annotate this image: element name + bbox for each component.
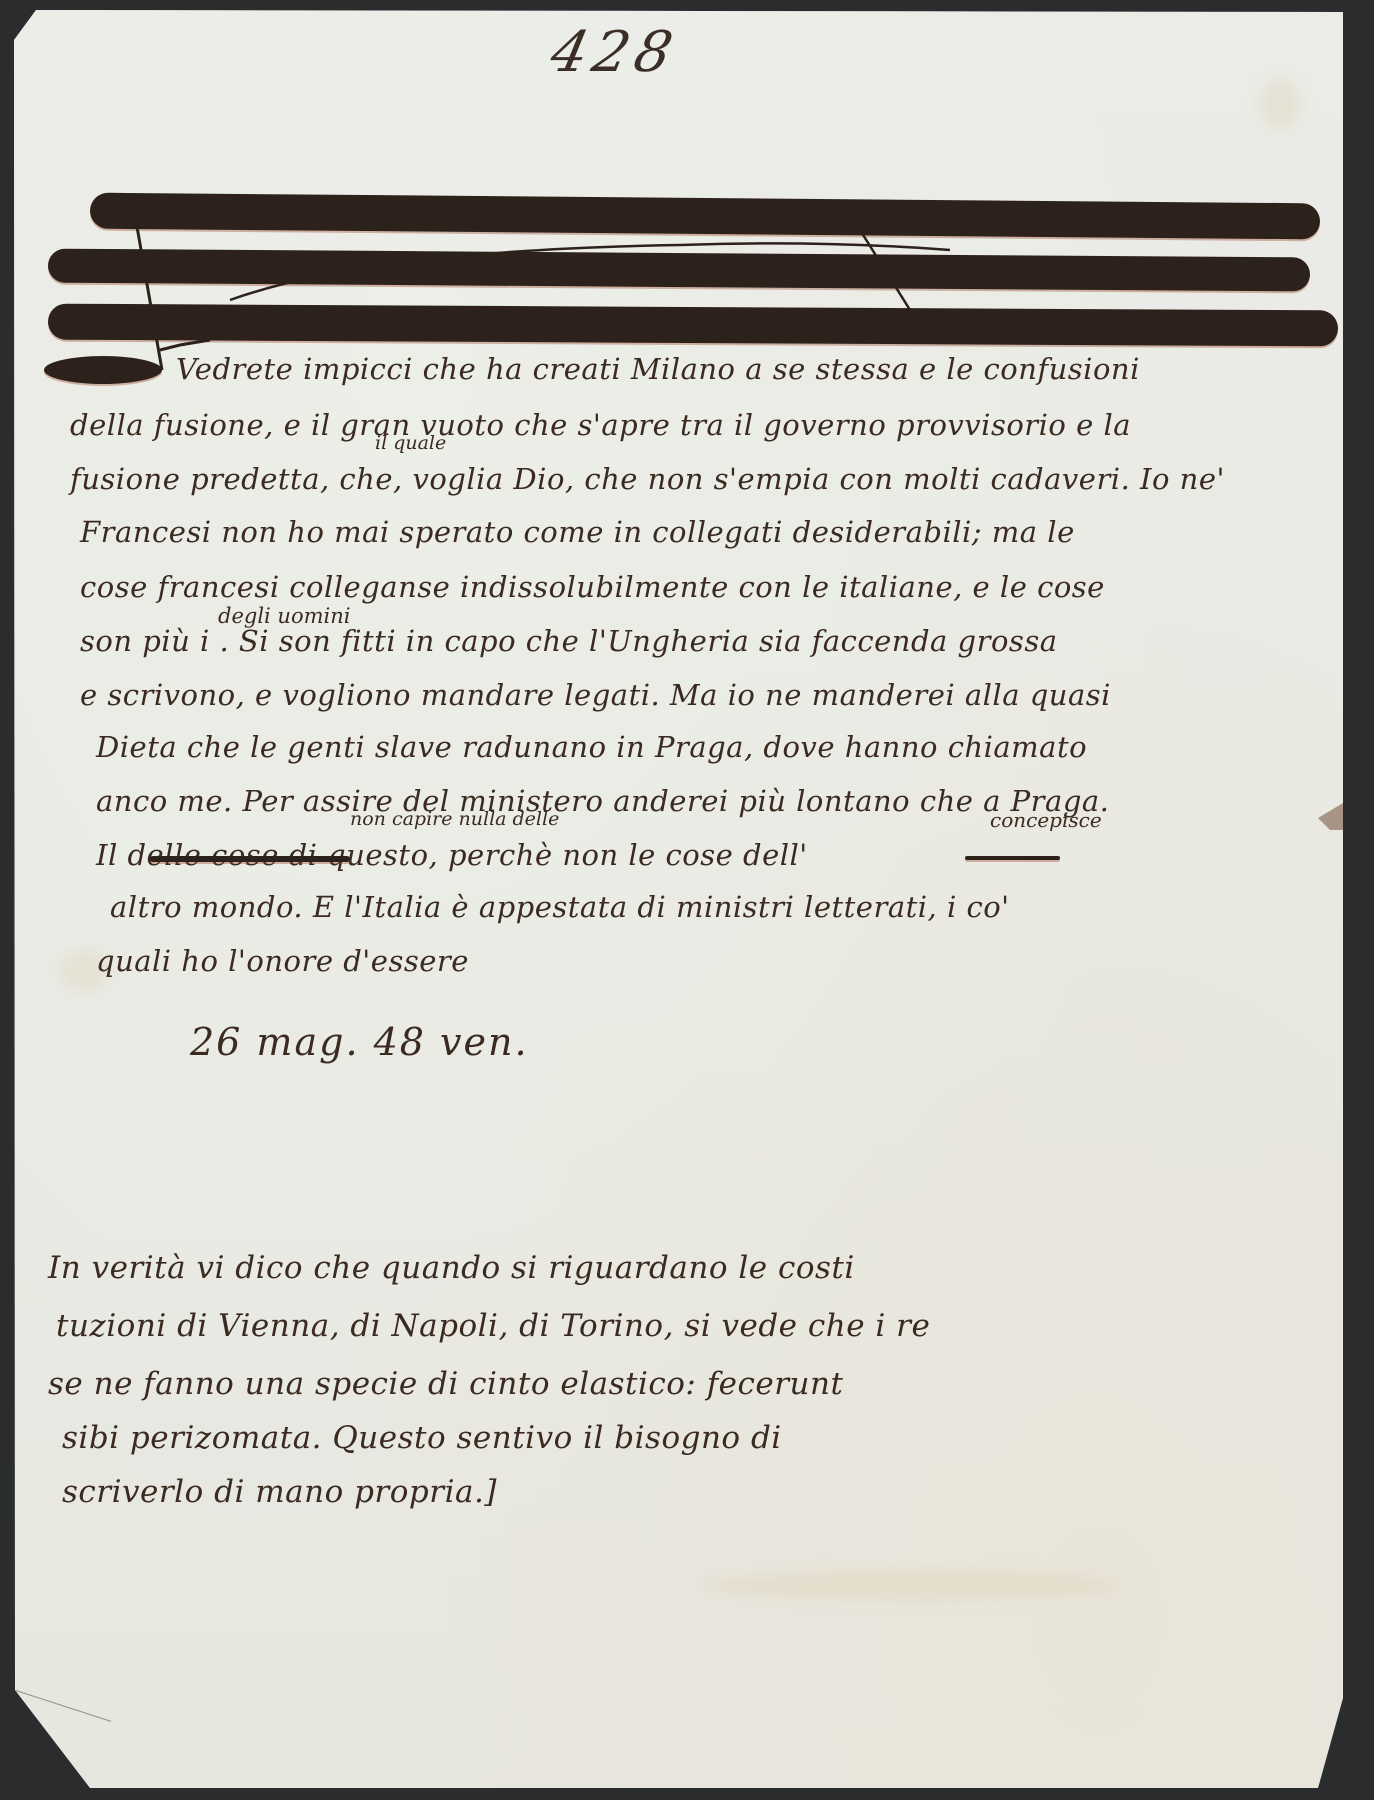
paper-stain xyxy=(700,1570,1120,1600)
text-line: altro mondo. E l'Italia è appestata di m… xyxy=(110,890,1010,924)
text-line: cose francesi colleganse indissolubilmen… xyxy=(80,570,1105,604)
text-line: Vedrete impicci che ha creati Milano a s… xyxy=(176,352,1140,386)
text-line: se ne fanno una specie di cinto elastico… xyxy=(48,1366,843,1402)
text-line: sibi perizomata. Questo sentivo il bisog… xyxy=(62,1420,782,1456)
text-line: della fusione, e il gran vuoto che s'apr… xyxy=(70,408,1131,442)
text-line: Il delle cose di questo, perchè non le c… xyxy=(96,838,808,872)
text-line: scriverlo di mano propria.] xyxy=(62,1474,497,1510)
folio-number: 428 xyxy=(545,20,684,85)
text-line: e scrivono, e vogliono mandare legati. M… xyxy=(80,678,1111,712)
text-line: Francesi non ho mai sperato come in coll… xyxy=(80,515,1075,549)
text-line: tuzioni di Vienna, di Napoli, di Torino,… xyxy=(56,1308,930,1344)
strike-through xyxy=(965,856,1060,860)
text-line: son più i . Si son fitti in capo che l'U… xyxy=(80,624,1058,658)
insertion: non capire nulla delle xyxy=(350,808,559,830)
paper-stain xyxy=(1260,80,1300,130)
text-line: anco me. Per assire del ministero andere… xyxy=(96,784,1109,818)
date-line: 26 mag. 48 ven. xyxy=(190,1020,529,1064)
insertion: concepisce xyxy=(990,808,1102,832)
insertion: il quale xyxy=(375,432,446,454)
text-line: fusione predetta, che, voglia Dio, che n… xyxy=(70,462,1225,496)
text-line: Dieta che le genti slave radunano in Pra… xyxy=(96,730,1087,764)
manuscript-page: 428 Vedrete impicci che ha creati Milano… xyxy=(0,0,1374,1800)
text-line: quali ho l'onore d'essere xyxy=(96,944,469,978)
text-line: In verità vi dico che quando si riguarda… xyxy=(48,1250,855,1286)
strike-through xyxy=(150,856,350,862)
scan-background: 428 Vedrete impicci che ha creati Milano… xyxy=(0,0,1374,1800)
